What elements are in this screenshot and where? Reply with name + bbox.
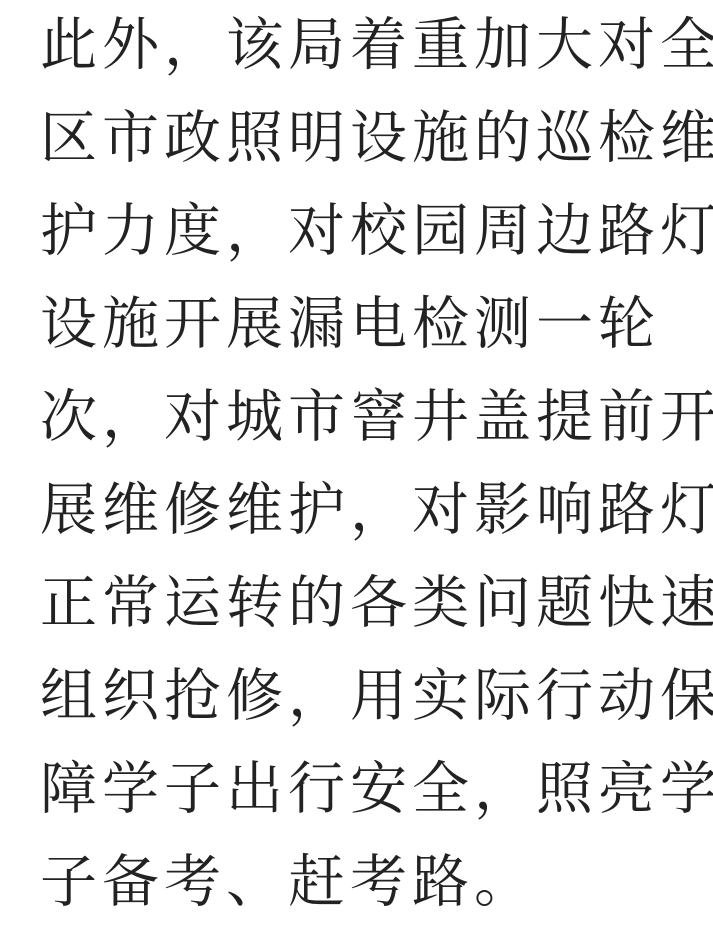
paragraph-line: 此外，该局着重加大对全 [40,0,680,93]
paragraph-line: 障学子出行安全，照亮学 [40,742,680,837]
paragraph-line: 护力度，对校园周边路灯 [40,184,680,279]
paragraph-line: 区市政照明设施的巡检维 [40,91,680,186]
paragraph-line: 组织抢修，用实际行动保 [40,649,680,744]
article-body: 此外，该局着重加大对全 区市政照明设施的巡检维 护力度，对校园周边路灯 设施开展… [40,0,680,930]
paragraph-line: 次，对城市窨井盖提前开 [40,370,680,465]
paragraph-line: 设施开展漏电检测一轮 [40,277,680,372]
paragraph-line: 正常运转的各类问题快速 [40,556,680,651]
paragraph-line: 子备考、赶考路。 [40,835,680,930]
paragraph-line: 展维修维护，对影响路灯 [40,463,680,558]
